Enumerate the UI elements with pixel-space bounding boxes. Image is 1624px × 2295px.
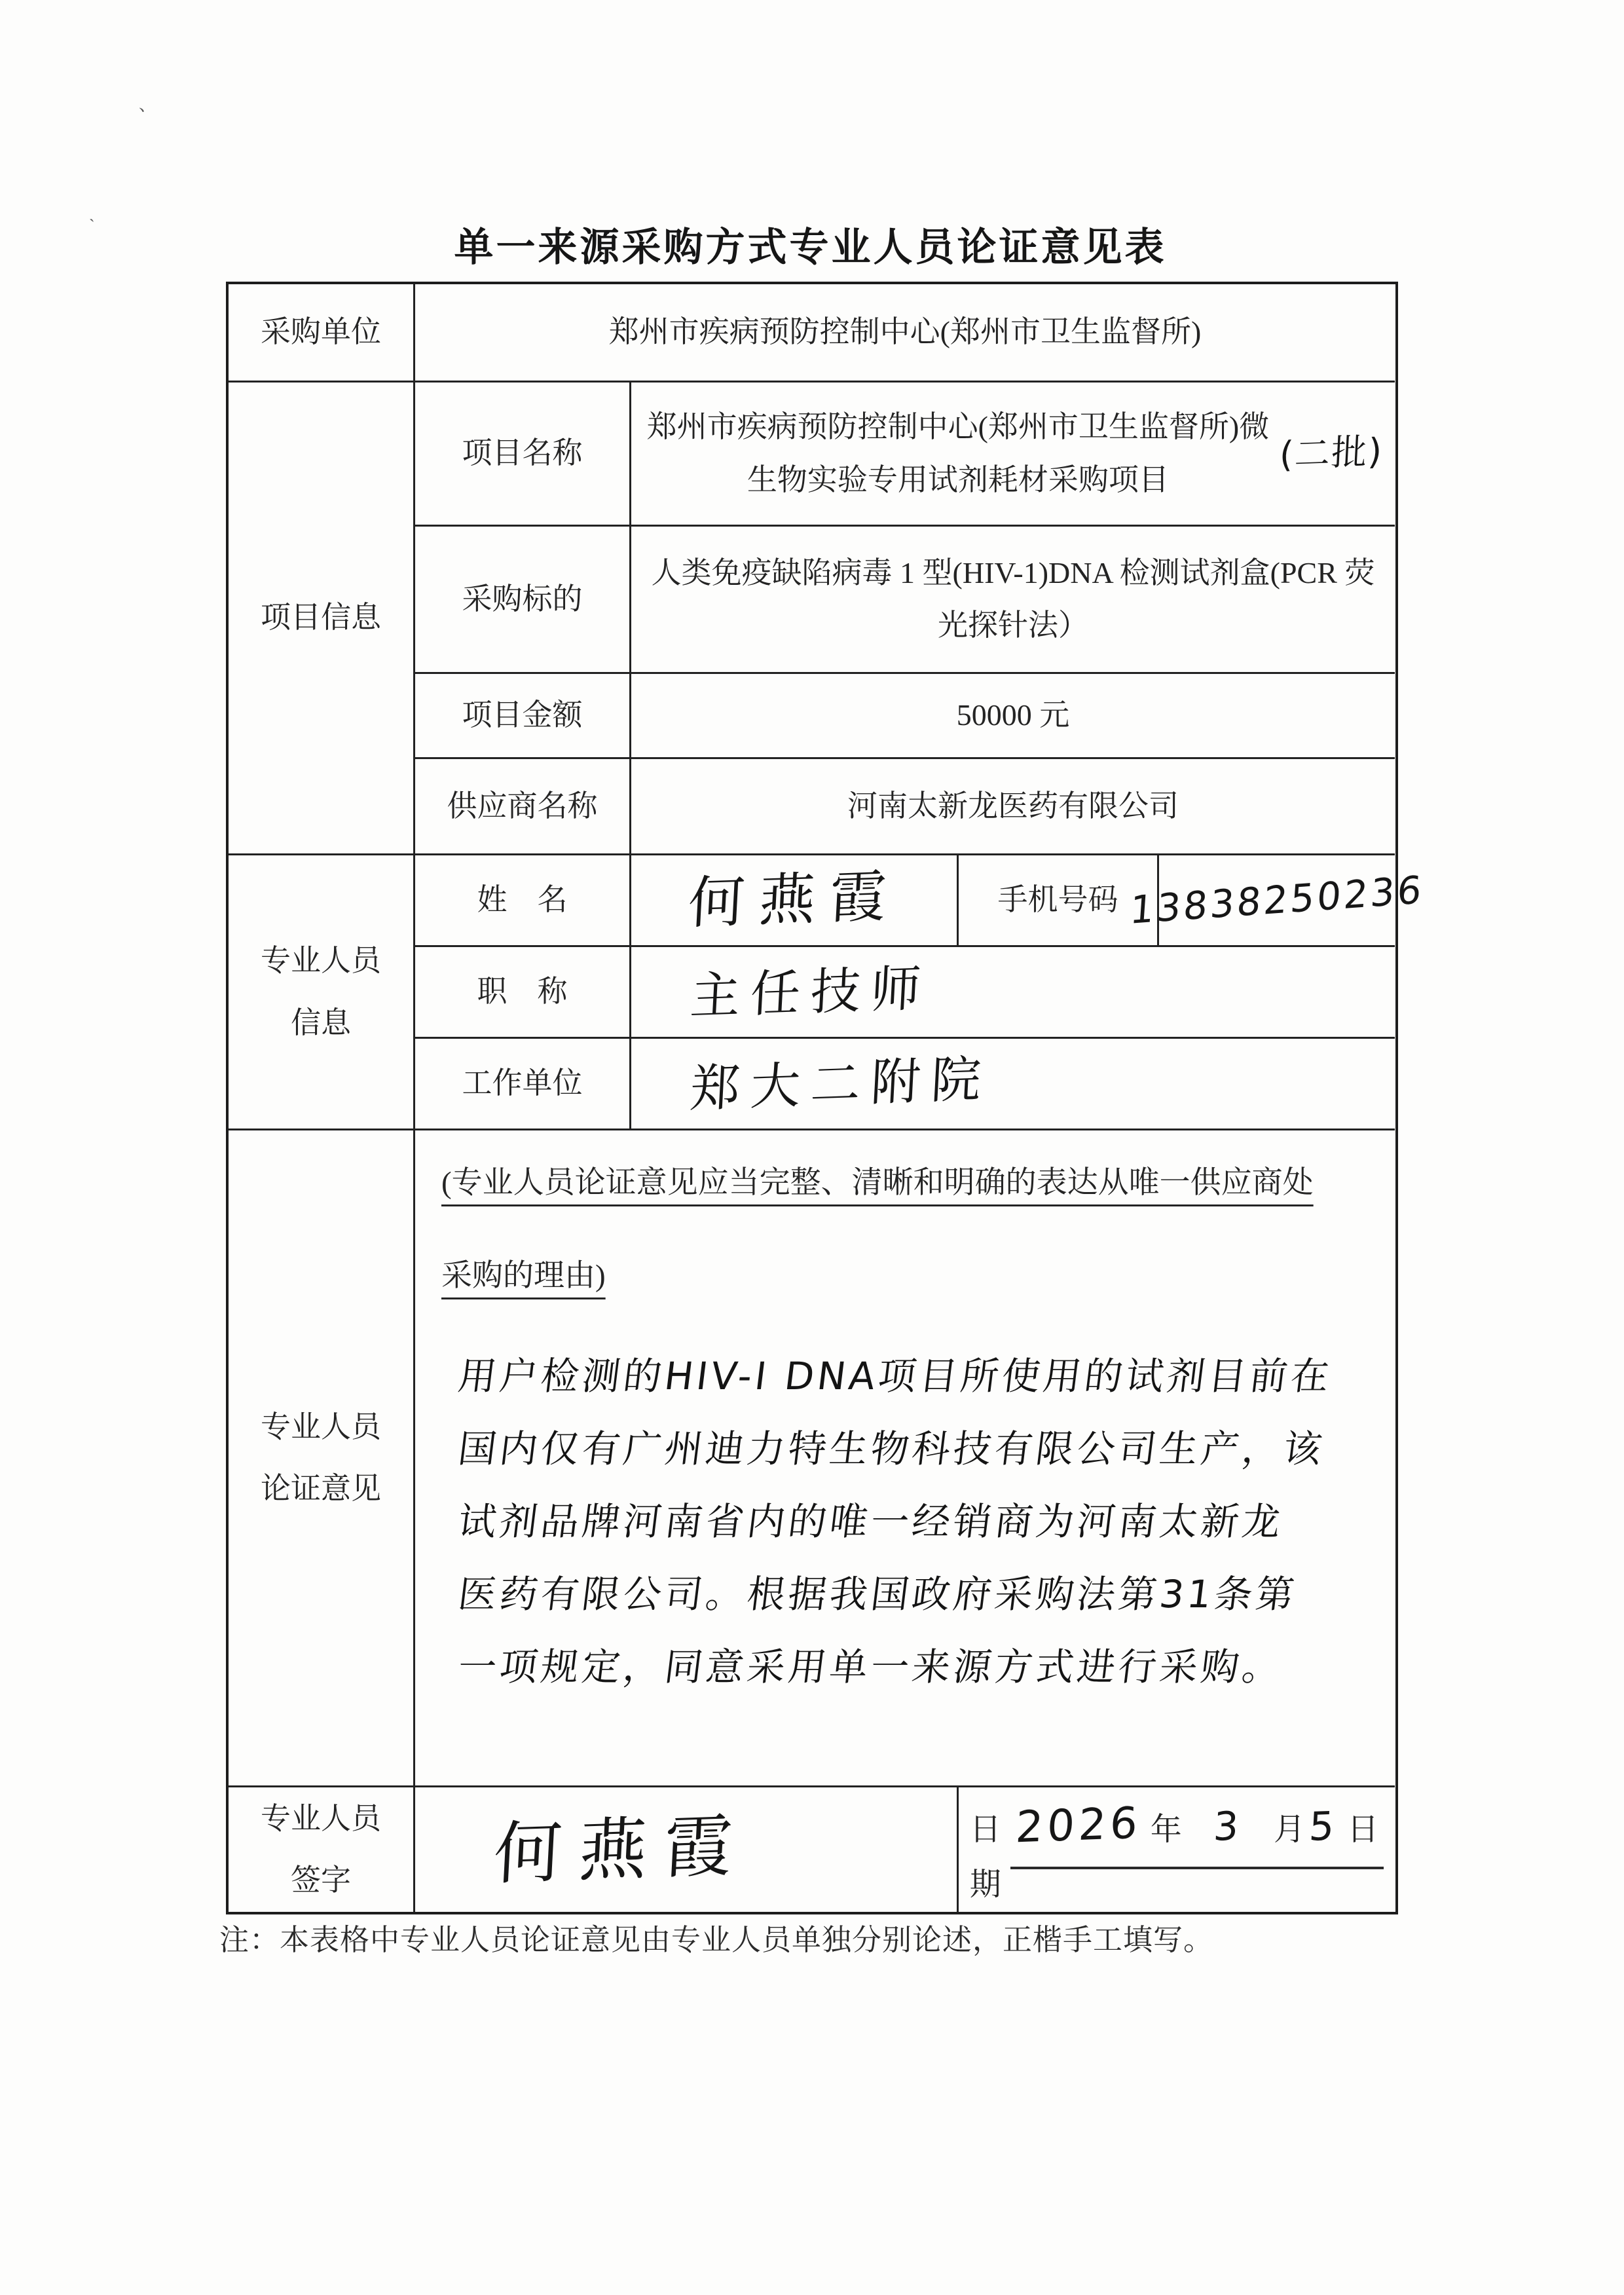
subject-label: 采购标的	[415, 527, 631, 674]
project-info-label: 项目信息	[229, 382, 415, 855]
form-title: 单一来源采购方式专业人员论证意见表	[226, 216, 1395, 272]
phone-handwritten: 13838250236	[1128, 857, 1426, 944]
scan-speck: `	[89, 216, 95, 236]
date-year-unit: 年	[1151, 1802, 1182, 1857]
professional-info-label: 专业人员 信息	[229, 855, 415, 1130]
opinion-handwritten-line: 用户检测的HIV-I DNA项目所使用的试剂目前在	[454, 1340, 1337, 1413]
scan-speck: 、	[139, 92, 156, 116]
amount-value: 50000 元	[631, 674, 1395, 759]
subject-value: 人类免疫缺陷病毒 1 型(HIV-1)DNA 检测试剂盒(PCR 荧光探针法）	[631, 527, 1395, 674]
date-cell: 日期 2026 年 3 月 5 日	[959, 1787, 1395, 1912]
opinion-instruction-line1: (专业人员论证意见应当完整、清晰和明确的表达从唯一供应商处	[441, 1147, 1314, 1218]
date-day-handwritten: 5	[1307, 1792, 1340, 1862]
opinion-instruction-line2: 采购的理由)	[441, 1241, 606, 1311]
person-title-handwritten: 主任技师	[688, 944, 934, 1039]
date-month-unit: 月	[1274, 1802, 1305, 1857]
person-name-value: 何燕霞	[631, 855, 959, 947]
date-month-handwritten: 3	[1211, 1792, 1244, 1862]
supplier-label: 供应商名称	[415, 759, 631, 855]
person-title-value: 主任技师	[631, 947, 1395, 1039]
date-line: 日期 2026 年 3 月 5 日	[970, 1787, 1384, 1912]
supplier-value: 河南太新龙医药有限公司	[631, 759, 1395, 855]
date-underlined-area: 2026 年 3 月 5 日	[1010, 1787, 1384, 1870]
person-title-label: 职 称	[415, 947, 631, 1039]
opinion-handwritten-line: 国内仅有广州迪力特生物科技有限公司生产，该	[454, 1413, 1337, 1485]
signature-value: 何燕霞	[415, 1787, 959, 1912]
scanned-form-page: 、 ` 单一来源采购方式专业人员论证意见表 采购单位 郑州市疾病预防控制中心(郑…	[0, 0, 1624, 2295]
opinion-label: 专业人员 论证意见	[229, 1130, 415, 1787]
opinion-handwritten-line: 试剂品牌河南省内的唯一经销商为河南太新龙	[454, 1485, 1337, 1558]
project-name-handwritten-batch: (二批)	[1278, 420, 1384, 486]
person-name-handwritten: 何燕霞	[686, 847, 903, 953]
opinion-handwritten-line: 医药有限公司。根据我国政府采购法第31条第	[454, 1558, 1337, 1631]
date-year-handwritten: 2026	[1014, 1785, 1143, 1865]
opinion-label-line1: 专业人员	[261, 1401, 381, 1454]
professional-info-label-stack: 专业人员 信息	[261, 935, 381, 1049]
signature-label: 专业人员 签字	[229, 1787, 415, 1912]
footer-note: 注：本表格中专业人员论证意见由专业人员单独分别论述，正楷手工填写。	[219, 1916, 1503, 1958]
phone-value: 13838250236	[1159, 855, 1395, 947]
opinion-label-line2: 论证意见	[261, 1463, 381, 1516]
opinion-label-stack: 专业人员 论证意见	[261, 1401, 381, 1516]
work-unit-value: 郑大二附院	[631, 1039, 1395, 1130]
professional-info-label-line1: 专业人员	[261, 935, 381, 988]
signature-label-line1: 专业人员	[261, 1793, 381, 1846]
form-table: 采购单位 郑州市疾病预防控制中心(郑州市卫生监督所) 项目信息 项目名称 郑州市…	[226, 282, 1398, 1914]
signature-label-line2: 签字	[291, 1854, 351, 1907]
date-prefix: 日期	[970, 1802, 1001, 1912]
signature-handwritten: 何燕霞	[490, 1785, 752, 1914]
signature-label-stack: 专业人员 签字	[261, 1793, 381, 1907]
work-unit-label: 工作单位	[415, 1039, 631, 1130]
person-name-label: 姓 名	[415, 855, 631, 947]
project-name-label: 项目名称	[415, 382, 631, 527]
project-name-text: 郑州市疾病预防控制中心(郑州市卫生监督所)微生物实验专用试剂耗材采购项目	[643, 401, 1273, 506]
purchaser-value: 郑州市疾病预防控制中心(郑州市卫生监督所)	[415, 284, 1395, 382]
professional-info-label-line2: 信息	[291, 997, 351, 1050]
opinion-handwritten-block: 用户检测的HIV-I DNA项目所使用的试剂目前在 国内仅有广州迪力特生物科技有…	[441, 1340, 1332, 1704]
opinion-content: (专业人员论证意见应当完整、清晰和明确的表达从唯一供应商处 采购的理由) 用户检…	[415, 1130, 1395, 1787]
date-day-unit: 日	[1347, 1802, 1378, 1857]
project-name-value: 郑州市疾病预防控制中心(郑州市卫生监督所)微生物实验专用试剂耗材采购项目 (二批…	[631, 382, 1395, 527]
amount-label: 项目金额	[415, 674, 631, 759]
opinion-handwritten-line: 一项规定，同意采用单一来源方式进行采购。	[454, 1631, 1337, 1704]
purchaser-label: 采购单位	[229, 284, 415, 382]
work-unit-handwritten: 郑大二附院	[688, 1035, 994, 1132]
